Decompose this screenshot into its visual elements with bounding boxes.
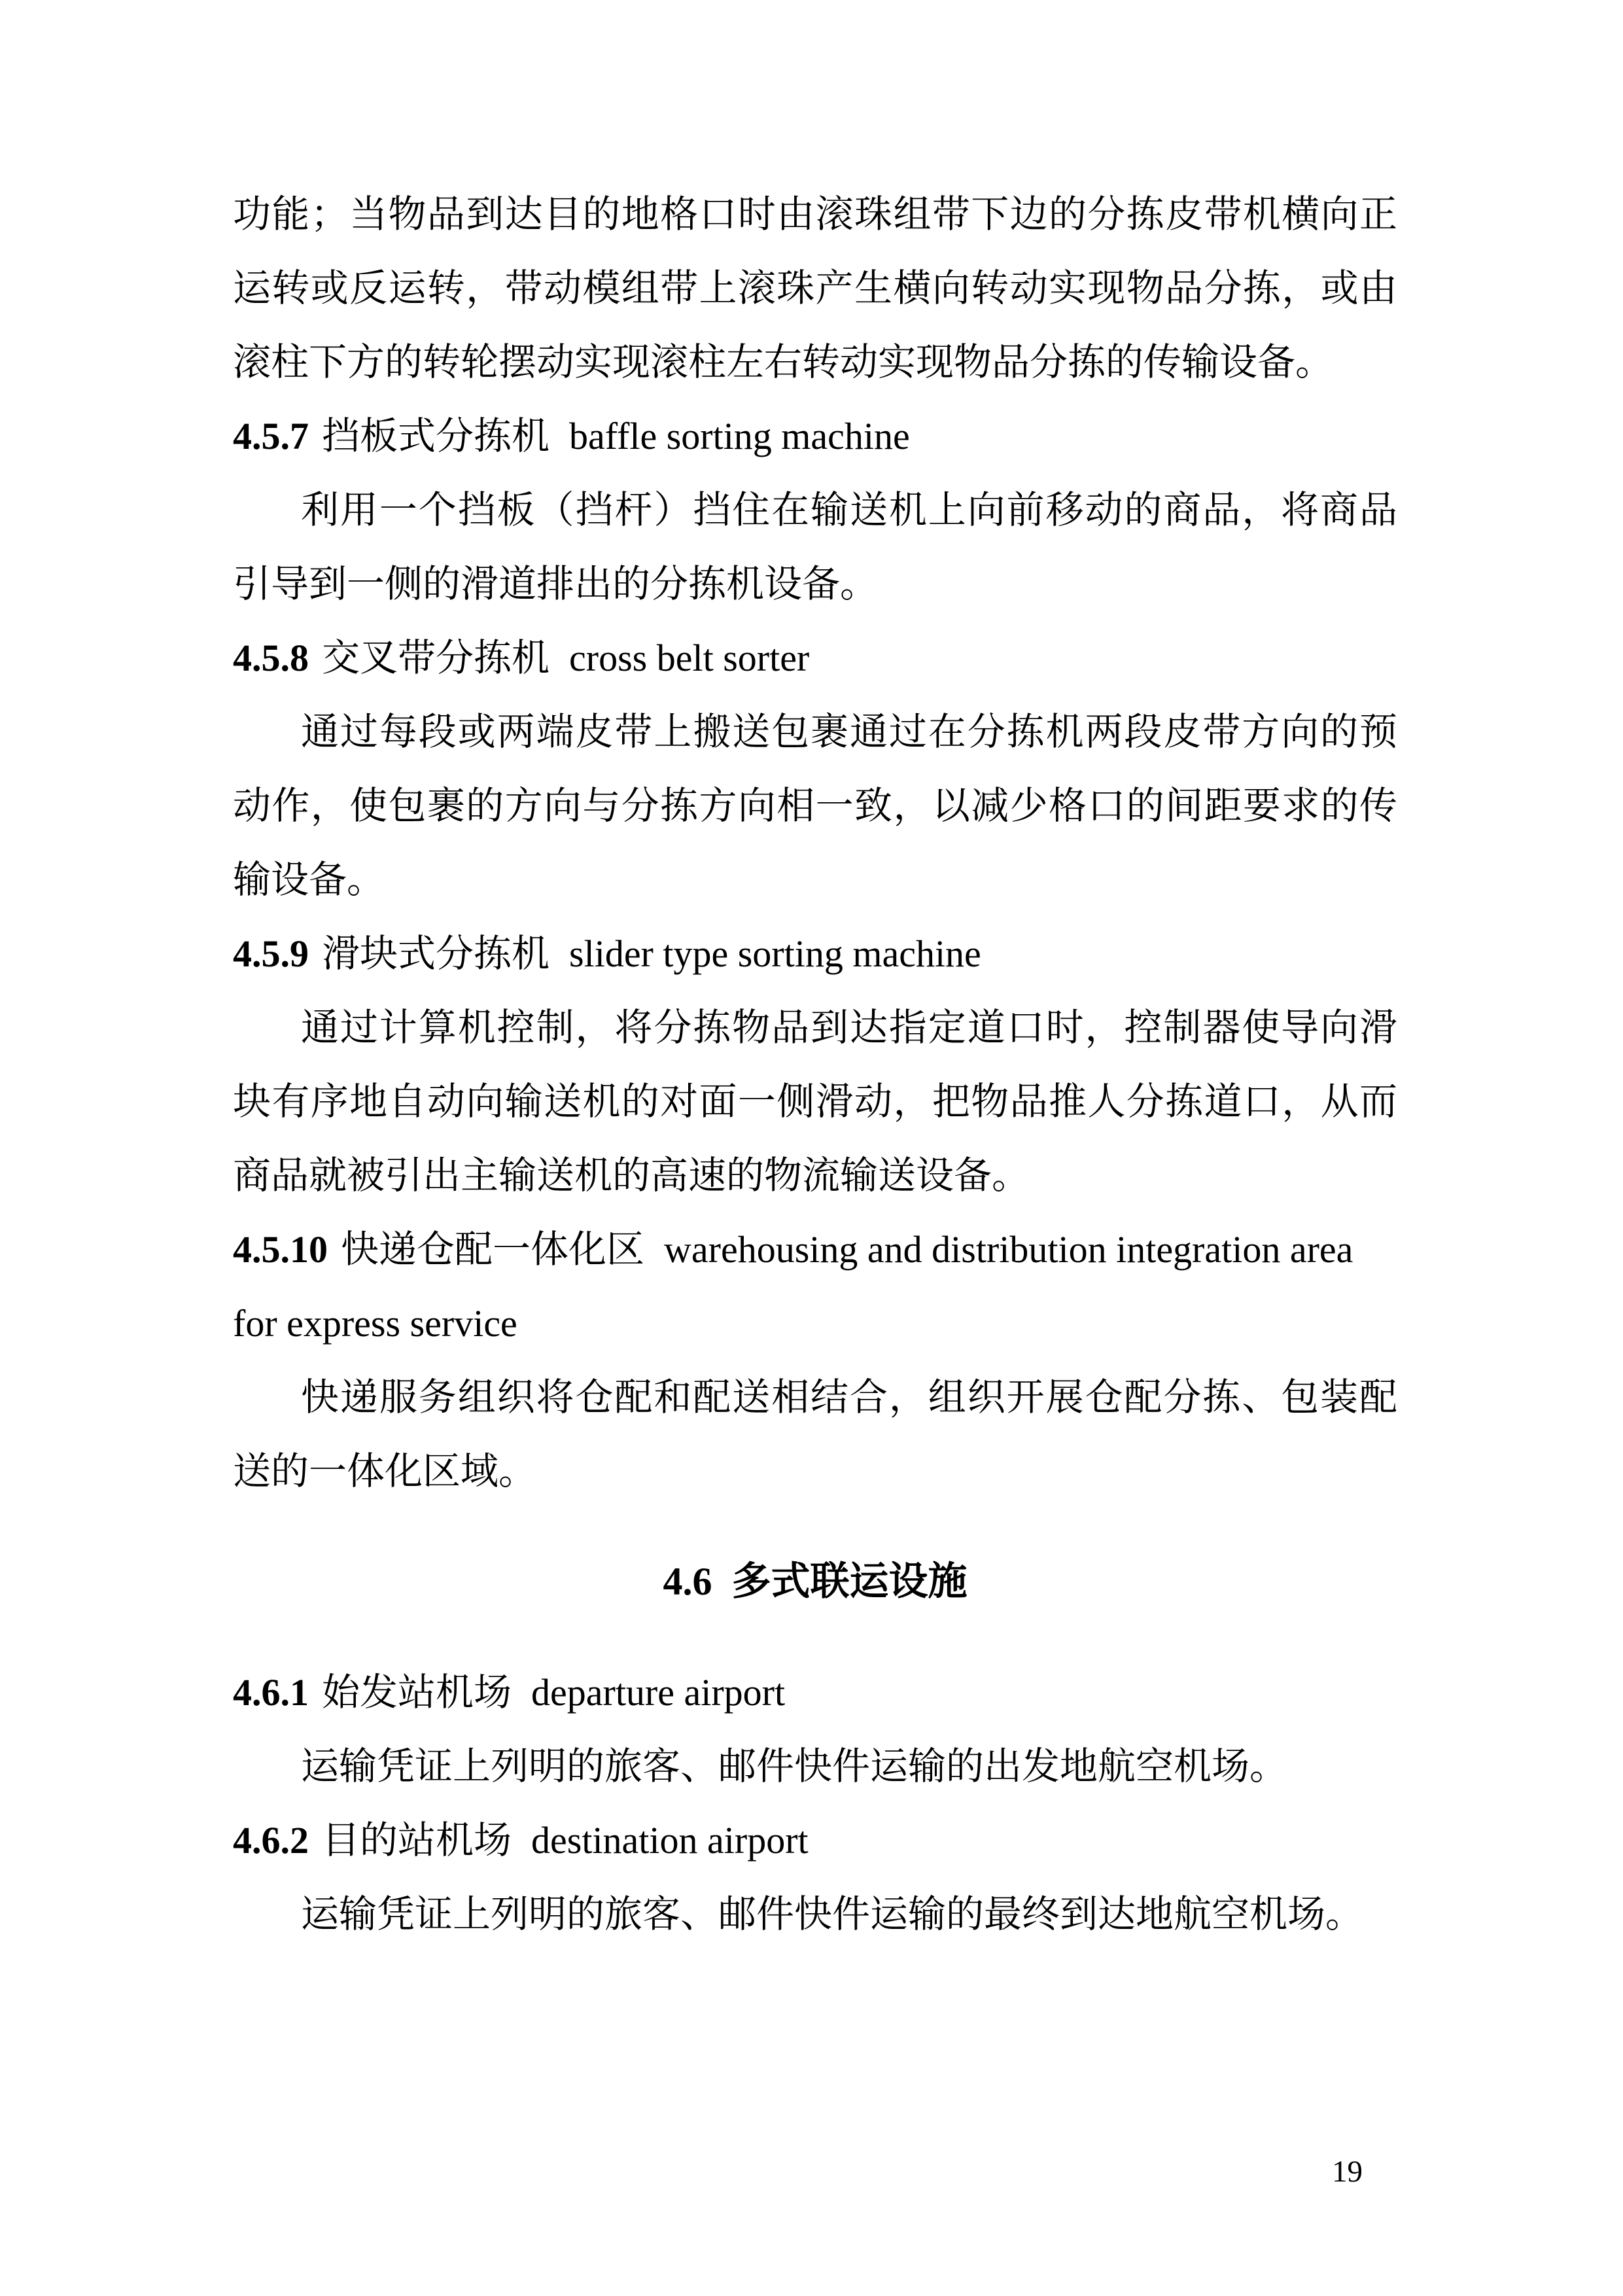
paragraph-line: 引导到一侧的滑道排出的分拣机设备。 (233, 547, 1397, 621)
clause-number: 4.5.9 (233, 932, 309, 975)
term-definition-line: 4.6.1始发站机场departure airport (233, 1655, 1397, 1729)
document-page: 功能；当物品到达目的地格口时由滚珠组带下边的分拣皮带机横向正运转或反运转，带动模… (0, 0, 1623, 2296)
term-definition-line: 4.5.8交叉带分拣机cross belt sorter (233, 621, 1397, 695)
term-definition-line: 4.6.2目的站机场destination airport (233, 1803, 1397, 1877)
term-chinese: 快递仓配一体化区 (341, 1228, 644, 1271)
section-heading: 4.6多式联运设施 (233, 1545, 1397, 1619)
paragraph-line: 动作，使包裹的方向与分拣方向相一致，以减少格口的间距要求的传 (233, 769, 1397, 843)
term-english: slider type sorting machine (569, 932, 981, 975)
paragraph-line: 运输凭证上列明的旅客、邮件快件运输的最终到达地航空机场。 (233, 1877, 1397, 1951)
term-english: baffle sorting machine (569, 415, 910, 457)
term-english: destination airport (531, 1819, 809, 1862)
clause-number: 4.6.1 (233, 1671, 309, 1714)
term-definition-line: 4.5.7挡板式分拣机baffle sorting machine (233, 399, 1397, 473)
document-content: 功能；当物品到达目的地格口时由滚珠组带下边的分拣皮带机横向正运转或反运转，带动模… (233, 177, 1397, 1951)
term-definition-line: 4.5.9滑块式分拣机slider type sorting machine (233, 917, 1397, 991)
term-chinese: 目的站机场 (322, 1819, 512, 1862)
term-chinese: 滑块式分拣机 (322, 932, 550, 975)
section-title: 多式联运设施 (732, 1560, 968, 1603)
clause-number: 4.6.2 (233, 1819, 309, 1862)
clause-number: 4.5.10 (233, 1228, 328, 1271)
paragraph-line: 输设备。 (233, 843, 1397, 917)
term-chinese: 交叉带分拣机 (322, 637, 550, 679)
paragraph-line: 利用一个挡板（挡杆）挡住在输送机上向前移动的商品，将商品 (233, 473, 1397, 547)
clause-number: 4.5.7 (233, 415, 309, 457)
paragraph-line: 运输凭证上列明的旅客、邮件快件运输的出发地航空机场。 (233, 1729, 1397, 1803)
paragraph-line: 送的一体化区域。 (233, 1434, 1397, 1508)
paragraph-line: 滚柱下方的转轮摆动实现滚柱左右转动实现物品分拣的传输设备。 (233, 325, 1397, 399)
term-english: departure airport (531, 1671, 785, 1714)
term-chinese: 挡板式分拣机 (322, 415, 550, 457)
paragraph-line: 功能；当物品到达目的地格口时由滚珠组带下边的分拣皮带机横向正 (233, 177, 1397, 251)
page-number: 19 (1332, 2149, 1363, 2195)
section-number: 4.6 (663, 1560, 712, 1603)
term-definition-line: 4.5.10快递仓配一体化区warehousing and distributi… (233, 1212, 1397, 1286)
paragraph-line: 商品就被引出主输送机的高速的物流输送设备。 (233, 1139, 1397, 1212)
paragraph-line: 运转或反运转，带动模组带上滚珠产生横向转动实现物品分拣，或由 (233, 251, 1397, 325)
term-chinese: 始发站机场 (322, 1671, 512, 1714)
clause-number: 4.5.8 (233, 637, 309, 679)
term-english: cross belt sorter (569, 637, 809, 679)
paragraph-line: 通过计算机控制，将分拣物品到达指定道口时，控制器使导向滑 (233, 991, 1397, 1065)
paragraph-line: 快递服务组织将仓配和配送相结合，组织开展仓配分拣、包装配 (233, 1360, 1397, 1434)
paragraph-line: 块有序地自动向输送机的对面一侧滑动，把物品推人分拣道口，从而 (233, 1065, 1397, 1139)
term-english: warehousing and distribution integration… (664, 1228, 1353, 1271)
paragraph-line: 通过每段或两端皮带上搬送包裹通过在分拣机两段皮带方向的预 (233, 695, 1397, 769)
term-english-continuation: for express service (233, 1286, 1397, 1360)
